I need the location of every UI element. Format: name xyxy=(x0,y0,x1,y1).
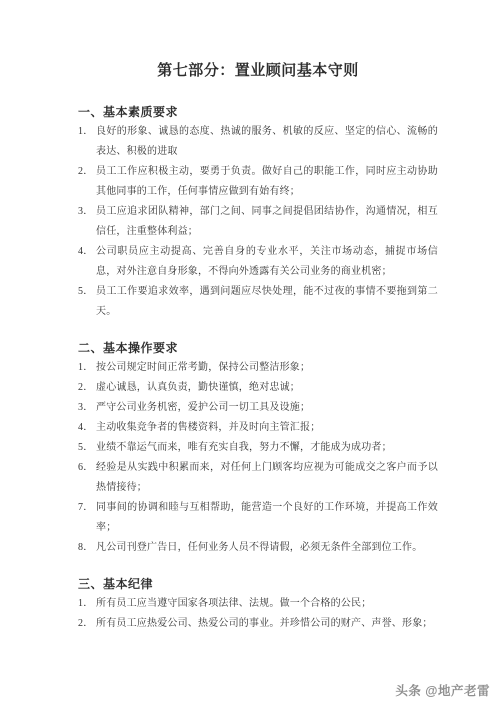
section-heading: 三、基本纪律 xyxy=(78,574,438,594)
item-text: 经验是从实践中积累而来，对任何上门顾客均应视为可能成交之客户而予以热情接待； xyxy=(96,458,438,498)
section-heading: 二、基本操作要求 xyxy=(78,338,438,358)
item-text: 所有员工应热爱公司、热爱公司的事业。并珍惜公司的财产、声誉、形象； xyxy=(96,614,438,634)
item-number: 4． xyxy=(78,418,96,438)
item-text: 凡公司刊登广告日，任何业务人员不得请假，必须无条件全部到位工作。 xyxy=(96,538,438,558)
item-number: 6． xyxy=(78,458,96,498)
page-title: 第七部分：置业顾问基本守则 xyxy=(78,60,438,82)
item-number: 2． xyxy=(78,378,96,398)
item-text: 员工工作应积极主动，要勇于负责。做好自己的职能工作，同时应主动协助其他同事的工作… xyxy=(96,162,438,202)
item-number: 5． xyxy=(78,438,96,458)
item-number: 4． xyxy=(78,242,96,282)
list-item: 5． 业绩不靠运气而来，唯有充实自我，努力不懈，才能成为成功者； xyxy=(78,438,438,458)
item-text: 主动收集竞争者的售楼资料，并及时向主管汇报； xyxy=(96,418,438,438)
item-number: 2． xyxy=(78,614,96,634)
item-text: 员工工作要追求效率，遇到问题应尽快处理，能不过夜的事情不要拖到第二天。 xyxy=(96,282,438,322)
list-item: 8． 凡公司刊登广告日，任何业务人员不得请假，必须无条件全部到位工作。 xyxy=(78,538,438,558)
item-text: 员工应追求团队精神，部门之间、同事之间提倡团结协作，沟通情况，相互信任，注重整体… xyxy=(96,202,438,242)
list-item: 5． 员工工作要追求效率，遇到问题应尽快处理，能不过夜的事情不要拖到第二天。 xyxy=(78,282,438,322)
item-text: 公司职员应主动提高、完善自身的专业水平，关注市场动态，捕捉市场信息，对外注意自身… xyxy=(96,242,438,282)
section-basic-quality: 一、基本素质要求 1． 良好的形象、诚恳的态度、热诚的服务、机敏的反应、坚定的信… xyxy=(78,102,438,322)
item-text: 虚心诚恳，认真负责，勤快谨慎，绝对忠诚； xyxy=(96,378,438,398)
section-basic-operation: 二、基本操作要求 1． 按公司规定时间正常考勤，保持公司整洁形象； 2． 虚心诚… xyxy=(78,338,438,558)
item-number: 7． xyxy=(78,498,96,538)
item-number: 1． xyxy=(78,594,96,614)
item-text: 严守公司业务机密，爱护公司一切工具及设施； xyxy=(96,398,438,418)
list-item: 4． 主动收集竞争者的售楼资料，并及时向主管汇报； xyxy=(78,418,438,438)
item-number: 2． xyxy=(78,162,96,202)
list-item: 1． 所有员工应当遵守国家各项法律、法规。做一个合格的公民； xyxy=(78,594,438,614)
list-item: 1． 按公司规定时间正常考勤，保持公司整洁形象； xyxy=(78,358,438,378)
item-number: 5． xyxy=(78,282,96,322)
item-number: 3． xyxy=(78,202,96,242)
item-text: 按公司规定时间正常考勤，保持公司整洁形象； xyxy=(96,358,438,378)
list-item: 3． 员工应追求团队精神，部门之间、同事之间提倡团结协作，沟通情况，相互信任，注… xyxy=(78,202,438,242)
list-item: 7． 同事间的协调和睦与互相帮助，能营造一个良好的工作环境，并提高工作效率； xyxy=(78,498,438,538)
item-text: 良好的形象、诚恳的态度、热诚的服务、机敏的反应、坚定的信心、流畅的表达、积极的进… xyxy=(96,122,438,162)
item-number: 1． xyxy=(78,358,96,378)
document-page: 第七部分：置业顾问基本守则 一、基本素质要求 1． 良好的形象、诚恳的态度、热诚… xyxy=(0,0,500,707)
list-item: 1． 良好的形象、诚恳的态度、热诚的服务、机敏的反应、坚定的信心、流畅的表达、积… xyxy=(78,122,438,162)
item-text: 所有员工应当遵守国家各项法律、法规。做一个合格的公民； xyxy=(96,594,438,614)
list-item: 3． 严守公司业务机密，爱护公司一切工具及设施； xyxy=(78,398,438,418)
item-text: 业绩不靠运气而来，唯有充实自我，努力不懈，才能成为成功者； xyxy=(96,438,438,458)
list-item: 2． 员工工作应积极主动，要勇于负责。做好自己的职能工作，同时应主动协助其他同事… xyxy=(78,162,438,202)
list-item: 2． 虚心诚恳，认真负责，勤快谨慎，绝对忠诚； xyxy=(78,378,438,398)
toutiao-watermark: 头条 @地产老雷 xyxy=(395,681,490,699)
item-number: 3． xyxy=(78,398,96,418)
section-basic-discipline: 三、基本纪律 1． 所有员工应当遵守国家各项法律、法规。做一个合格的公民； 2．… xyxy=(78,574,438,634)
list-item: 4． 公司职员应主动提高、完善自身的专业水平，关注市场动态，捕捉市场信息，对外注… xyxy=(78,242,438,282)
item-number: 8． xyxy=(78,538,96,558)
document-content: 第七部分：置业顾问基本守则 一、基本素质要求 1． 良好的形象、诚恳的态度、热诚… xyxy=(78,60,438,634)
item-text: 同事间的协调和睦与互相帮助，能营造一个良好的工作环境，并提高工作效率； xyxy=(96,498,438,538)
section-heading: 一、基本素质要求 xyxy=(78,102,438,122)
item-number: 1． xyxy=(78,122,96,162)
list-item: 2． 所有员工应热爱公司、热爱公司的事业。并珍惜公司的财产、声誉、形象； xyxy=(78,614,438,634)
list-item: 6． 经验是从实践中积累而来，对任何上门顾客均应视为可能成交之客户而予以热情接待… xyxy=(78,458,438,498)
